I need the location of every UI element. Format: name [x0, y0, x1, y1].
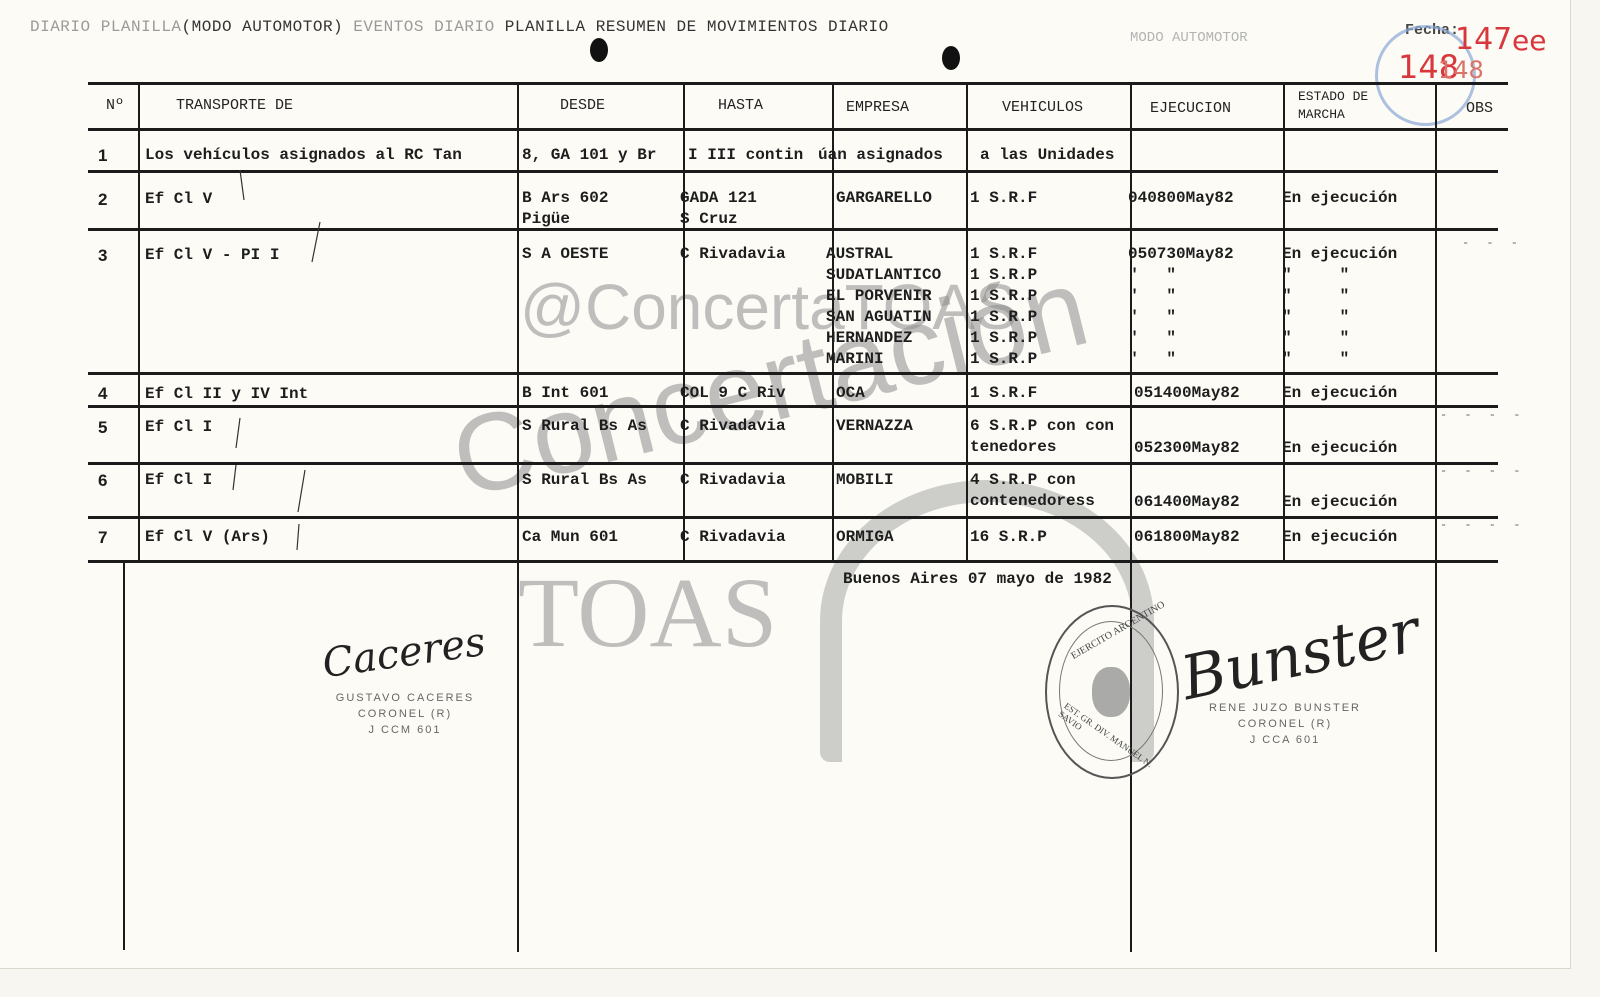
handwritten-checkmarks	[0, 0, 1600, 997]
signer-left-unit: J CCM 601	[320, 722, 490, 738]
coat-of-arms-icon	[1092, 667, 1130, 717]
official-seal-icon: EJERCITO ARGENTINO EST. GR. DIV. MANUEL …	[1045, 605, 1179, 779]
signer-right-block: RENE JUZO BUNSTER CORONEL (R) J CCA 601	[1195, 700, 1375, 748]
signer-left-rank: CORONEL (R)	[320, 706, 490, 722]
signer-right-rank: CORONEL (R)	[1195, 716, 1375, 732]
document-page: DIARIO PLANILLA(MODO AUTOMOTOR) EVENTOS …	[0, 0, 1571, 969]
signer-left-block: GUSTAVO CACERES CORONEL (R) J CCM 601	[320, 690, 490, 738]
signer-right-unit: J CCA 601	[1195, 732, 1375, 748]
signer-left-name: GUSTAVO CACERES	[320, 690, 490, 706]
place-and-date: Buenos Aires 07 mayo de 1982	[843, 570, 1112, 588]
signer-right-name: RENE JUZO BUNSTER	[1195, 700, 1375, 716]
